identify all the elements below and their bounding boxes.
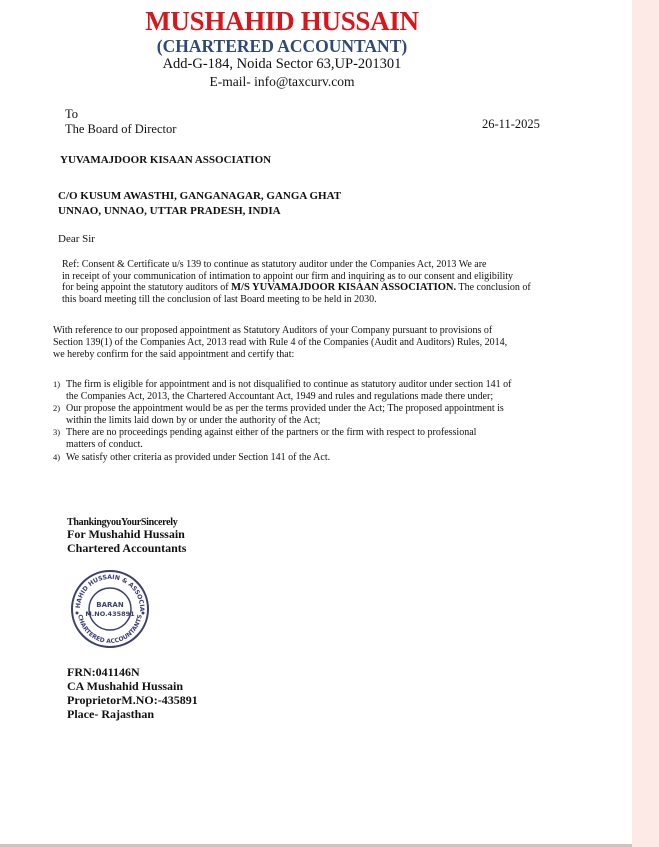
reference-line: this board meeting till the conclusion o… xyxy=(62,294,562,306)
viewer-side-strip xyxy=(632,0,659,847)
list-item-number: 3) xyxy=(53,427,60,439)
letterhead-title: (CHARTERED ACCOUNTANT) xyxy=(0,36,564,57)
reference-line: Ref: Consent & Certificate u/s 139 to co… xyxy=(62,259,562,271)
firm-stamp-icon: MUSHAHID HUSSAIN & ASSOCIATES CHARTERED … xyxy=(66,569,154,649)
list-item-text: There are no proceedings pending against… xyxy=(66,427,511,439)
letterhead-email: E-mail- info@taxcurv.com xyxy=(0,74,564,90)
reference-text: for being appoint the statutory auditors… xyxy=(62,282,231,293)
place: Place- Rajasthan xyxy=(67,707,154,722)
reference-paragraph: Ref: Consent & Certificate u/s 139 to co… xyxy=(62,259,562,305)
reference-line: in receipt of your communication of inti… xyxy=(62,271,562,283)
list-item-text: We satisfy other criteria as provided un… xyxy=(66,452,511,464)
recipient-to: To xyxy=(65,107,78,122)
membership-number: ProprietorM.NO:-435891 xyxy=(67,693,198,708)
list-item-number: 4) xyxy=(53,452,60,464)
list-item-number: 2) xyxy=(53,403,60,415)
recipient-organization: YUVAMAJDOOR KISAAN ASSOCIATION xyxy=(60,153,271,168)
list-item: 4) We satisfy other criteria as provided… xyxy=(53,452,511,464)
salutation: Dear Sir xyxy=(58,232,95,247)
reference-line: for being appoint the statutory auditors… xyxy=(62,282,562,294)
reference-company-name: M/S YUVAMAJDOOR KISAAN ASSOCIATION. xyxy=(231,282,456,293)
list-item-number: 1) xyxy=(53,379,60,391)
recipient-address-line2: UNNAO, UNNAO, UTTAR PRADESH, INDIA xyxy=(58,204,281,219)
letter-page: MUSHAHID HUSSAIN (CHARTERED ACCOUNTANT) … xyxy=(0,0,632,845)
closing-firm: Chartered Accountants xyxy=(67,541,186,556)
firm-registration-number: FRN:041146N xyxy=(67,665,140,680)
svg-text:BARAN: BARAN xyxy=(96,601,124,609)
recipient-board: The Board of Director xyxy=(65,122,176,137)
list-item: 1) The firm is eligible for appointment … xyxy=(53,379,511,402)
list-item-text: Our propose the appointment would be as … xyxy=(66,403,511,415)
reference-text: The conclusion of xyxy=(456,282,531,293)
letter-date: 26-11-2025 xyxy=(482,117,540,132)
letterhead-address: Add-G-184, Noida Sector 63,UP-201301 xyxy=(0,56,564,73)
svg-text:M.NO.435891: M.NO.435891 xyxy=(85,610,135,618)
list-item-text: matters of conduct. xyxy=(66,439,511,451)
paragraph-line: With reference to our proposed appointme… xyxy=(53,325,507,337)
recipient-address-line1: C/O KUSUM AWASTHI, GANGANAGAR, GANGA GHA… xyxy=(58,189,341,204)
closing-for: For Mushahid Hussain xyxy=(67,527,185,542)
paragraph-line: Section 139(1) of the Companies Act, 201… xyxy=(53,337,507,349)
confirmation-paragraph: With reference to our proposed appointme… xyxy=(53,325,507,360)
certification-list: 1) The firm is eligible for appointment … xyxy=(53,379,511,464)
letterhead-name: MUSHAHID HUSSAIN xyxy=(0,6,564,37)
list-item: 2) Our propose the appointment would be … xyxy=(53,403,511,426)
list-item-text: within the limits laid down by or under … xyxy=(66,415,511,427)
signatory-name: CA Mushahid Hussain xyxy=(67,679,183,694)
list-item-text: the Companies Act, 2013, the Chartered A… xyxy=(66,391,511,403)
list-item: 3) There are no proceedings pending agai… xyxy=(53,427,511,450)
list-item-text: The firm is eligible for appointment and… xyxy=(66,379,511,391)
paragraph-line: we hereby confirm for the said appointme… xyxy=(53,349,507,361)
